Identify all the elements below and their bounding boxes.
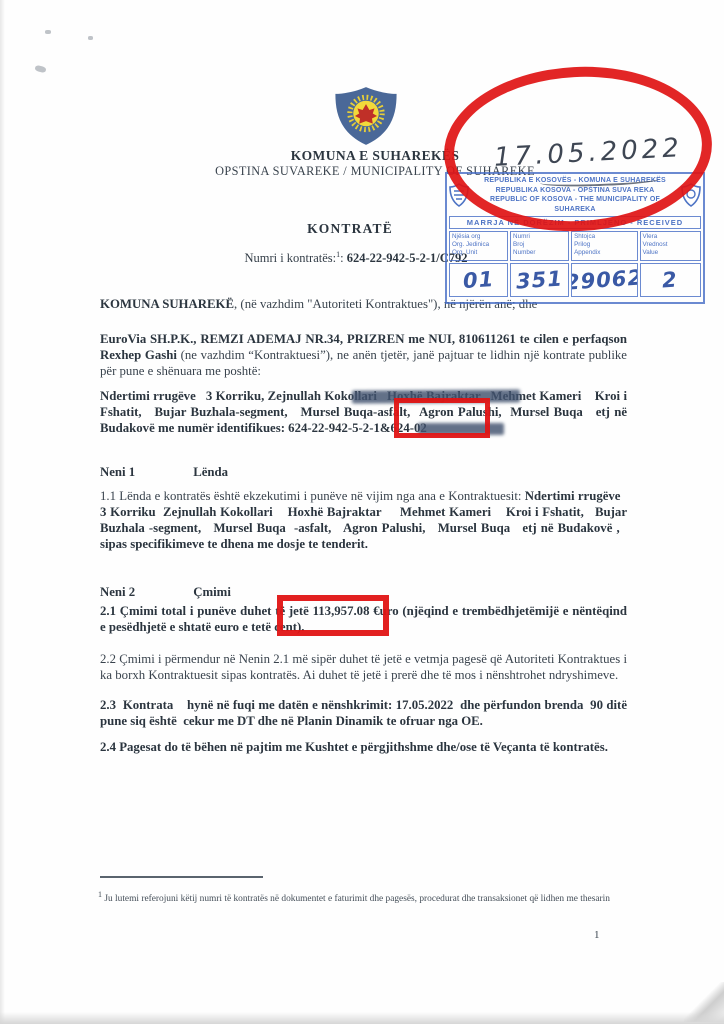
paragraph-2-3: 2.3 Kontrata hynë në fuqi me datën e nën… — [100, 697, 627, 729]
contract-number-label: Numri i kontratës: — [244, 251, 336, 265]
paragraph-contractor: EuroVia SH.P.K., REMZI ADEMAJ NR.34, PRI… — [100, 331, 627, 379]
page-number: 1 — [594, 929, 600, 941]
stamp-col-appendix: ShtojcaPrilogAppendix — [571, 231, 637, 261]
stamp-value-cell: 351 — [510, 263, 569, 297]
stamp-value-cell: 01 — [449, 263, 508, 297]
highlight-box-contractor-name — [394, 398, 490, 438]
stamp-table-value-row: 01 351 29062 2 — [449, 263, 701, 297]
paragraph-1-1: 1.1 Lënda e kontratës është ekzekutimi i… — [100, 488, 627, 552]
stamp-col-value: VleraVrednostValue — [640, 231, 702, 261]
scanned-contract-page: KOMUNA E SUHAREKËS OPSTINA SUVAREKE / MU… — [0, 0, 724, 1024]
section-heading-neni1: Neni 1Lënda — [100, 464, 627, 480]
footnote-separator — [100, 876, 263, 878]
scan-edge-shadow — [0, 0, 5, 1024]
stamp-value-cell: 2 — [640, 263, 702, 297]
paragraph-2-4: 2.4 Pagesat do të bëhen në pajtim me Kus… — [100, 739, 627, 755]
stamp-value-cell: 29062 — [571, 263, 637, 297]
paragraph-2-2: 2.2 Çmimi i përmendur në Nenin 2.1 më si… — [100, 651, 627, 683]
highlight-box-price — [277, 595, 389, 636]
footnote: 1 Ju lutemi referojuni këtij numri të ko… — [98, 893, 623, 905]
stamp-col-org-unit: Njësia orgOrg. JedinicaOrg. Unit — [449, 231, 508, 261]
scan-speck — [34, 65, 46, 74]
scan-speck — [45, 30, 51, 34]
scan-edge-shadow — [0, 1012, 724, 1024]
stamp-table-header-row: Njësia orgOrg. JedinicaOrg. Unit NumriBr… — [449, 231, 701, 261]
scan-speck — [88, 36, 93, 40]
stamp-col-number: NumriBrojNumber — [510, 231, 569, 261]
coat-of-arms-icon — [332, 84, 400, 148]
